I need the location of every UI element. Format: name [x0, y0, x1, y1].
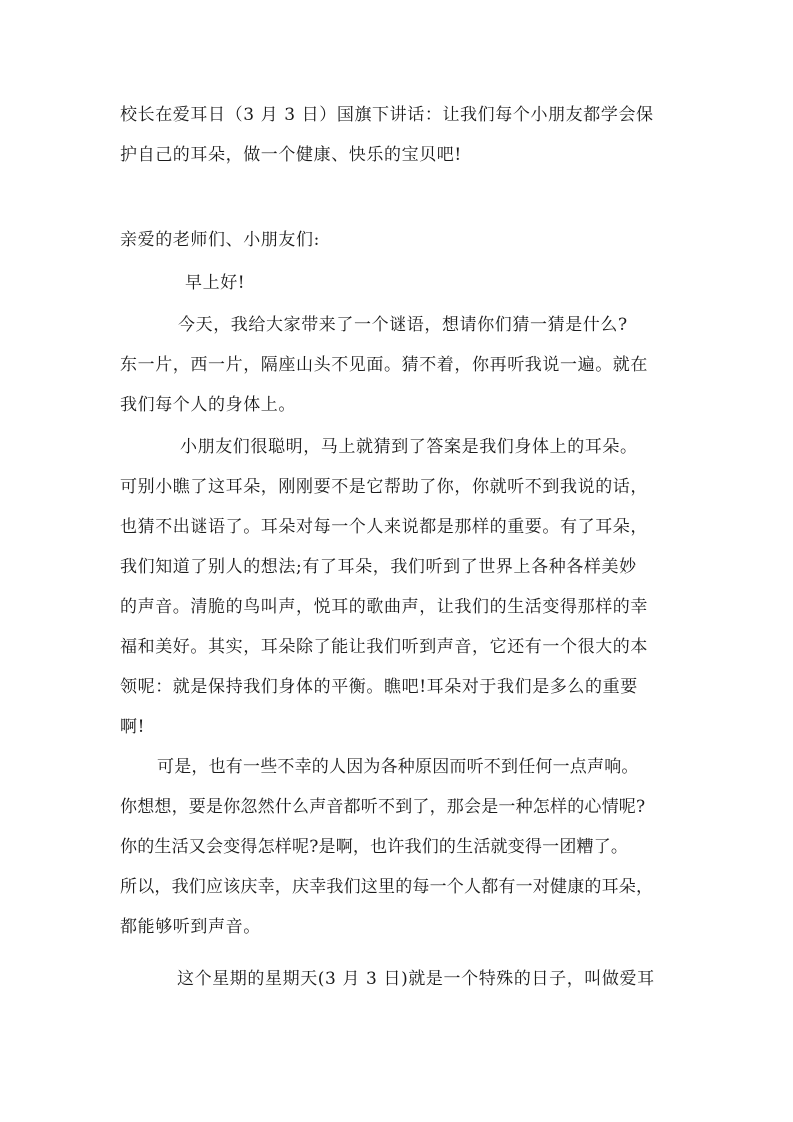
paragraph-3-line-5: 都能够听到声音。: [120, 916, 261, 938]
paragraph-1-line-2: 东一片，西一片，隔座山头不见面。猜不着，你再听我说一遍。就在: [120, 354, 648, 376]
paragraph-3-line-2: 你想想，要是你忽然什么声音都听不到了，那会是一种怎样的心情呢?: [120, 796, 645, 818]
title-line-1: 校长在爱耳日（3 月 3 日）国旗下讲话：让我们每个小朋友都学会保: [120, 104, 654, 126]
paragraph-2-line-8: 啊!: [120, 716, 145, 738]
document-page: 校长在爱耳日（3 月 3 日）国旗下讲话：让我们每个小朋友都学会保 护自己的耳朵…: [0, 0, 793, 1122]
paragraph-2-line-6: 福和美好。其实，耳朵除了能让我们听到声音，它还有一个很大的本: [120, 636, 648, 658]
paragraph-2-line-1: 小朋友们很聪明，马上就猜到了答案是我们身体上的耳朵。: [180, 436, 638, 458]
paragraph-2-line-2: 可别小瞧了这耳朵，刚刚要不是它帮助了你，你就听不到我说的话，: [120, 476, 648, 498]
paragraph-2-line-4: 我们知道了别人的想法;有了耳朵，我们听到了世界上各种各样美妙: [120, 556, 637, 578]
greeting: 早上好!: [185, 272, 245, 294]
paragraph-3-line-3: 你的生活又会变得怎样呢?是啊，也许我们的生活就变得一团糟了。: [120, 836, 628, 858]
paragraph-3-line-4: 所以，我们应该庆幸，庆幸我们这里的每一个人都有一对健康的耳朵，: [120, 876, 653, 898]
paragraph-4-line-1: 这个星期的星期天(3 月 3 日)就是一个特殊的日子，叫做爱耳: [177, 968, 655, 990]
paragraph-1-line-3: 我们每个人的身体上。: [120, 394, 296, 416]
salutation: 亲爱的老师们、小朋友们:: [120, 229, 320, 251]
paragraph-2-line-7: 领呢：就是保持我们身体的平衡。瞧吧!耳朵对于我们是多么的重要: [120, 676, 638, 698]
paragraph-2-line-3: 也猜不出谜语了。耳朵对每一个人来说都是那样的重要。有了耳朵，: [120, 516, 648, 538]
paragraph-3-line-1: 可是，也有一些不幸的人因为各种原因而听不到任何一点声响。: [157, 756, 639, 778]
paragraph-2-line-5: 的声音。清脆的鸟叫声，悦耳的歌曲声，让我们的生活变得那样的幸: [120, 596, 648, 618]
paragraph-1-line-1: 今天，我给大家带来了一个谜语，想请你们猜一猜是什么?: [178, 314, 628, 336]
title-line-2: 护自己的耳朵，做一个健康、快乐的宝贝吧!: [120, 144, 462, 166]
